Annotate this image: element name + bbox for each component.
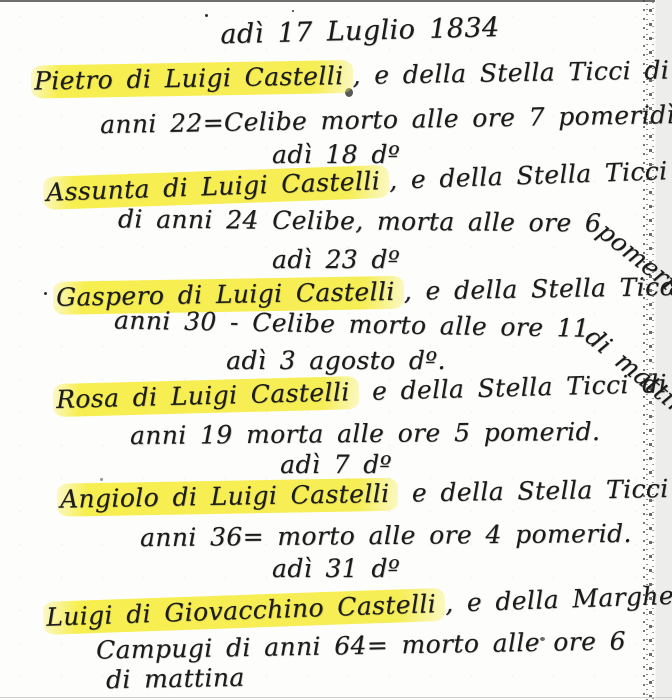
- record-pietro-line-1: Pietro di Luigi Castelli, e della Stella…: [34, 55, 670, 95]
- highlighted-name-rosa: Rosa di Luigi Castelli: [53, 376, 359, 417]
- highlighted-name-luigi: Luigi di Giovacchino Castelli: [43, 588, 446, 635]
- record-gaspero-line-2: anni 30 - Celibe morto alle ore 11 di ma…: [114, 306, 672, 346]
- record-angiolo-line-2: anni 36= morto alle ore 4 pomerid.: [140, 519, 632, 552]
- highlighted-name-assunta: Assunta di Luigi Castelli: [43, 165, 390, 210]
- ink-speck: [292, 10, 294, 12]
- record-luigi-line-2: Campugi di anni 64= morto alle ore 6: [96, 626, 626, 664]
- record-gaspero-line-2-text: anni 30 - Celibe morto alle ore 11: [114, 306, 590, 343]
- record-angiolo-line-1-rest: e della Stella Ticci di: [398, 473, 672, 507]
- record-gaspero-line-1-rest: , e della Stella Ticci di: [403, 271, 672, 306]
- date-heading-23: adì 23 dº: [0, 245, 672, 274]
- date-heading-17-luglio: adì 17 Luglio 1834: [0, 7, 672, 56]
- highlighted-name-pietro: Pietro di Luigi Castelli: [31, 60, 353, 99]
- record-luigi-line-3: di mattina: [106, 663, 245, 694]
- scan-top-edge: [0, 0, 672, 2]
- ink-speck: [205, 14, 208, 17]
- record-rosa-line-1: Rosa di Luigi Castelli e della Stella Ti…: [56, 369, 668, 414]
- record-luigi-line-1-rest: , e della Margherita: [445, 579, 672, 618]
- scan-bottom-edge: [0, 697, 672, 698]
- date-heading-7: adì 7 dº: [0, 450, 672, 479]
- record-pietro-line-1-rest: , e della Stella Ticci di: [352, 55, 669, 90]
- record-pietro-line-2: anni 22=Celibe morto alle ore 7 pomeridì…: [100, 100, 672, 139]
- record-angiolo-line-1: Angiolo di Luigi Castelli e della Stella…: [60, 473, 672, 513]
- record-assunta-line-2-text: di anni 24 Celibe, morta alle ore 6: [118, 204, 602, 237]
- record-luigi-line-1: Luigi di Giovacchino Castelli, e della M…: [46, 579, 672, 632]
- ink-speck: [44, 292, 47, 295]
- record-assunta-line-2: di anni 24 Celibe, morta alle ore 6 pome…: [118, 204, 672, 238]
- record-rosa-line-2: anni 19 morta alle ore 5 pomerid.: [130, 417, 601, 450]
- scanned-register-page: adì 17 Luglio 1834 Pietro di Luigi Caste…: [0, 0, 672, 700]
- date-heading-31: adì 31 dº: [0, 554, 672, 583]
- highlighted-name-angiolo: Angiolo di Luigi Castelli: [57, 478, 399, 517]
